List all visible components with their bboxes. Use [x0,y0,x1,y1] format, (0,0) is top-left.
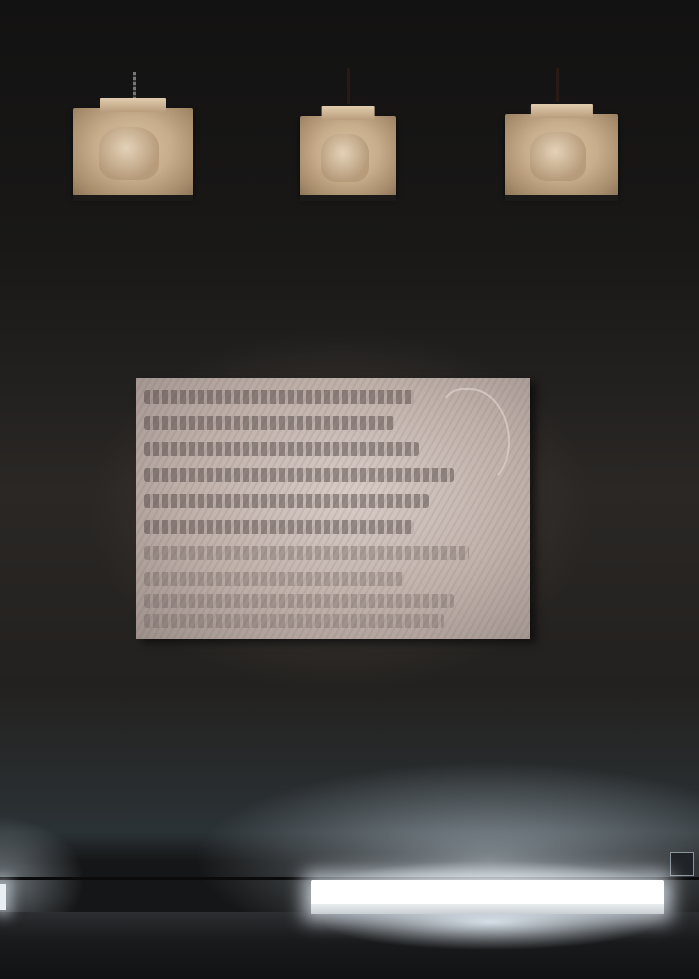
corbel-cap [100,98,166,112]
hanging-wire [347,68,350,104]
inscription-line [144,546,469,560]
bird-motif [436,388,510,487]
corbel-shadow [300,195,396,201]
corbel-cap [322,106,375,120]
chain-hanger [133,72,136,98]
corbel-cap [530,104,592,118]
gallery-scene [0,0,699,979]
fluorescent-light-tube [311,880,664,914]
inscription-line [144,494,429,508]
inscription-line [144,520,414,534]
carved-figure [99,127,159,180]
inscription-line [144,468,454,482]
stone-corbel-right [505,114,618,196]
corbel-shadow [505,195,618,201]
inscription-line [144,390,414,404]
graphite-rubbing [136,378,530,639]
inscription-line [144,614,444,628]
floor [0,912,699,979]
stone-corbel-left [73,108,193,196]
inscription-line [144,416,394,430]
inscription-line [144,572,404,586]
carved-figure [530,132,587,181]
stone-corbel-center [300,116,396,196]
carved-figure [321,134,369,182]
light-tube-left-edge [0,884,6,910]
corbel-shadow [73,195,193,201]
inscription-line [144,594,454,608]
inscription-line [144,442,419,456]
tube-housing [311,904,664,914]
hanging-wire [556,68,559,102]
